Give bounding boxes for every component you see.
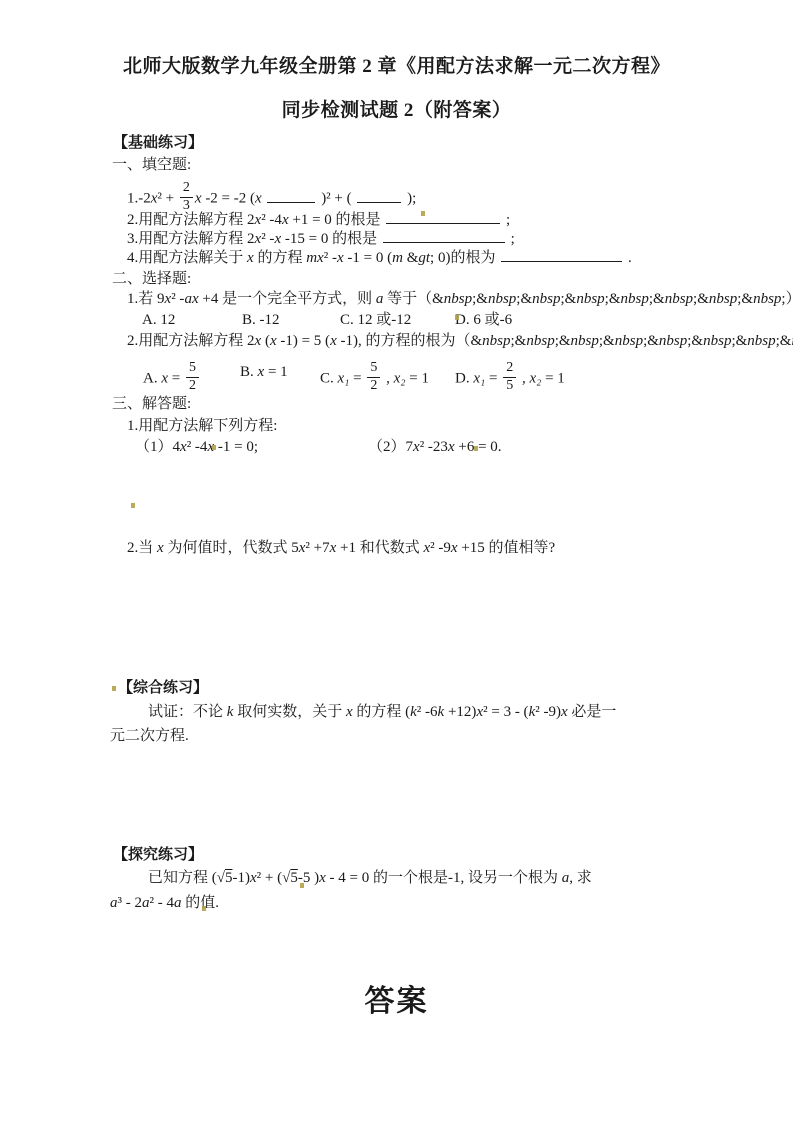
fraction-five-halves: 52: [367, 361, 380, 393]
fill-q1-variable: x: [195, 191, 202, 207]
fraction-denominator: 2: [367, 378, 380, 394]
fraction-numerator: 2: [180, 181, 193, 198]
sqrt-radical: √5: [217, 870, 233, 886]
fill-q1-part3: )² + (: [321, 191, 351, 207]
scan-artifact-dot: [202, 906, 206, 911]
fraction-numerator: 5: [186, 361, 199, 378]
solve-q2: 2.当 x 为何值时，代数式 5x² +7x +1 和代数式 x² -9x +1…: [127, 539, 555, 558]
scan-artifact-dot: [212, 445, 216, 450]
blank-underline: [383, 230, 505, 243]
option-d: D. 6 或-6: [455, 311, 512, 330]
option-c-text2: , x₂ = 1: [386, 371, 429, 387]
radicand: 5: [290, 870, 298, 886]
fill-q2-text: 2.用配方法解方程 2x² -4x +1 = 0 的根是: [127, 212, 381, 228]
solve-eq2: （2）7x² -23x +6 = 0.: [368, 438, 502, 457]
option-d-text2: , x₂ = 1: [522, 371, 565, 387]
section-basic-heading: 【基础练习】: [113, 134, 203, 153]
answers-heading: 答案: [0, 983, 793, 1021]
option-c-text: C. x₁ =: [320, 371, 362, 387]
fill-q1-part4: );: [407, 191, 416, 207]
fill-q3-text: 3.用配方法解方程 2x² -x -15 = 0 的根是: [127, 231, 377, 247]
fill-q4: 4.用配方法解关于 x 的方程 mx² -x -1 = 0 (m &gt; 0)…: [127, 249, 632, 268]
fraction-two-fifths: 25: [503, 361, 516, 393]
document-title-line2: 同步检测试题 2（附答案）: [0, 99, 793, 123]
choice-q2: 2.用配方法解方程 2x (x -1) = 5 (x -1), 的方程的根为（&…: [127, 332, 793, 351]
fill-q4-text: 4.用配方法解关于 x 的方程 mx² -x -1 = 0 (m &gt; 0)…: [127, 250, 495, 266]
choice-label: 二、选择题:: [112, 270, 191, 289]
solve-intro: 1.用配方法解下列方程:: [127, 417, 277, 436]
option-d-text: D. x₁ =: [455, 371, 497, 387]
fraction-denominator: 5: [503, 378, 516, 394]
section-explore-heading: 【探究练习】: [113, 846, 203, 865]
fill-q4-punct: .: [628, 250, 632, 266]
scan-artifact-dot: [112, 686, 116, 691]
explore-text3: -5 )x - 4 = 0 的一个根是-1, 设另一个根为 a, 求: [298, 870, 592, 886]
fill-q1-part1: 1.-2x² +: [127, 191, 174, 207]
worksheet-page: 北师大版数学九年级全册第 2 章《用配方法求解一元二次方程》 同步检测试题 2（…: [0, 0, 793, 1122]
fill-q3: 3.用配方法解方程 2x² -x -15 = 0 的根是 ;: [127, 230, 515, 249]
option-b: B. x = 1: [240, 363, 288, 382]
option-b: B. -12: [242, 311, 280, 330]
explore-line1: 已知方程 (√5-1)x² + (√5-5 )x - 4 = 0 的一个根是-1…: [148, 869, 592, 888]
choice-q2-options-row: A. x = 52 B. x = 1 C. x₁ = 52 , x₂ = 1 D…: [0, 363, 793, 399]
scan-artifact-dot: [474, 446, 478, 451]
blank-underline: [357, 190, 401, 203]
scan-artifact-dot: [300, 883, 304, 888]
explore-text1: 已知方程 (: [148, 870, 217, 886]
option-a-text: A. x =: [143, 371, 180, 387]
fill-q1-part2: -2 = -2 (x: [205, 191, 261, 207]
solve-equations-row: （1）4x² -4x -1 = 0; （2）7x² -23x +6 = 0.: [0, 438, 793, 458]
option-c: C. 12 或-12: [340, 311, 411, 330]
sqrt-radical: √5: [282, 870, 298, 886]
option-a: A. x = 52: [143, 363, 201, 395]
fraction-numerator: 2: [503, 361, 516, 378]
fraction-denominator: 2: [186, 378, 199, 394]
scan-artifact-dot: [455, 315, 459, 320]
comprehensive-line1: 试证：不论 k 取何实数，关于 x 的方程 (k² -6k +12)x² = 3…: [148, 703, 616, 722]
choice-q1-options-row: A. 12 B. -12 C. 12 或-12 D. 6 或-6: [0, 311, 793, 331]
fill-q2: 2.用配方法解方程 2x² -4x +1 = 0 的根是 ;: [127, 211, 510, 230]
blank-underline: [267, 190, 315, 203]
option-a: A. 12: [142, 311, 175, 330]
option-b-text: B. x = 1: [240, 364, 288, 380]
option-d: D. x₁ = 25 , x₂ = 1: [455, 363, 565, 395]
blank-underline: [501, 249, 622, 262]
comprehensive-line2: 元二次方程.: [110, 727, 189, 746]
solve-eq1: （1）4x² -4x -1 = 0;: [135, 438, 258, 457]
fill-q3-punct: ;: [511, 231, 515, 247]
fraction-two-thirds: 23: [180, 181, 193, 213]
fill-q2-punct: ;: [506, 212, 510, 228]
section-comprehensive-heading: 【综合练习】: [118, 679, 208, 698]
fraction-numerator: 5: [367, 361, 380, 378]
solve-label: 三、解答题:: [112, 395, 191, 414]
scan-artifact-dot: [421, 211, 425, 216]
option-c: C. x₁ = 52 , x₂ = 1: [320, 363, 429, 395]
fraction-five-halves: 52: [186, 361, 199, 393]
blank-underline: [386, 211, 500, 224]
radical-sign: √: [217, 870, 225, 886]
fill-in-label: 一、填空题:: [112, 156, 191, 175]
explore-text2: -1)x² + (: [232, 870, 282, 886]
document-title-line1: 北师大版数学九年级全册第 2 章《用配方法求解一元二次方程》: [0, 55, 793, 79]
scan-artifact-dot: [131, 503, 135, 508]
choice-q1: 1.若 9x² -ax +4 是一个完全平方式，则 a 等于（&nbsp;&nb…: [127, 290, 793, 309]
